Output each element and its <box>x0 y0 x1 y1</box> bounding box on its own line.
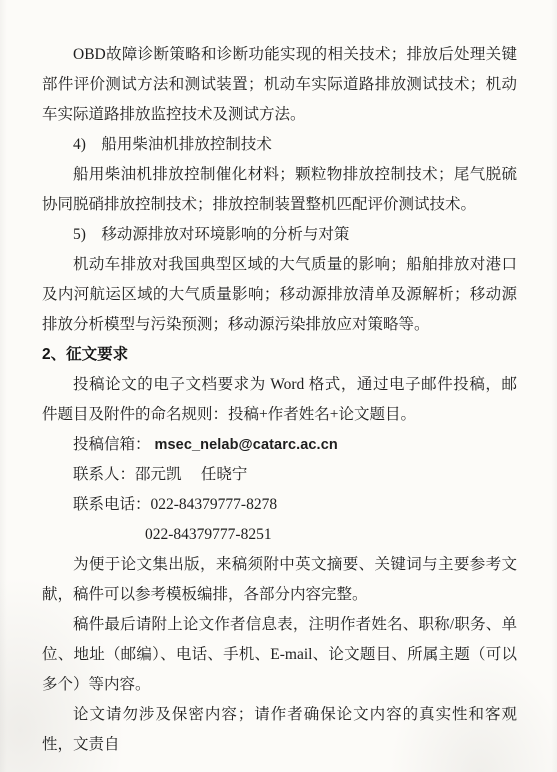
phone-label: 联系电话： <box>73 496 151 513</box>
line-submission-email: 投稿信箱：msec_nelab@catarc.ac.cn <box>42 430 517 460</box>
heading-submission-requirements: 2、征文要求 <box>42 340 517 370</box>
email-label: 投稿信箱： <box>73 436 151 453</box>
line-contact-phone: 联系电话：022-84379777-8278 <box>42 490 517 520</box>
paragraph-publication-note: 为便于论文集出版，来稿须附中英文摘要、关键词与主要参考文献，稿件可以参考模板编排… <box>42 550 517 610</box>
document-body: OBD故障诊断策略和诊断功能实现的相关技术；排放后处理关键部件评价测试方法和测试… <box>0 0 557 760</box>
list-item-5-title: 5) 移动源排放对环境影响的分析与对策 <box>42 220 517 250</box>
phone-number-2: 022-84379777-8251 <box>145 526 272 543</box>
paragraph-author-info: 稿件最后请附上论文作者信息表，注明作者姓名、职称/职务、单位、地址（邮编）、电话… <box>42 610 517 700</box>
list-item-4-title: 4) 船用柴油机排放控制技术 <box>42 130 517 160</box>
paragraph-obd-tech: OBD故障诊断策略和诊断功能实现的相关技术；排放后处理关键部件评价测试方法和测试… <box>42 40 517 130</box>
scanned-page: OBD故障诊断策略和诊断功能实现的相关技术；排放后处理关键部件评价测试方法和测试… <box>0 0 557 772</box>
line-contact-phone-2: 022-84379777-8251 <box>42 520 517 550</box>
paragraph-marine-engine: 船用柴油机排放控制催化材料；颗粒物排放控制技术；尾气脱硫协同脱硝排放控制技术；排… <box>42 160 517 220</box>
paragraph-confidentiality: 论文请勿涉及保密内容；请作者确保论文内容的真实性和客观性，文责自 <box>42 700 517 760</box>
contact-names: 邵元凯 任晓宁 <box>135 466 247 483</box>
paragraph-format-requirement: 投稿论文的电子文档要求为 Word 格式，通过电子邮件投稿，邮件题目及附件的命名… <box>42 370 517 430</box>
line-contact-person: 联系人：邵元凯 任晓宁 <box>42 460 517 490</box>
contact-label: 联系人： <box>73 466 135 483</box>
paragraph-environment-impact: 机动车排放对我国典型区域的大气质量的影响；船舶排放对港口及内河航运区域的大气质量… <box>42 250 517 340</box>
phone-number-1: 022-84379777-8278 <box>151 496 278 513</box>
email-address: msec_nelab@catarc.ac.cn <box>155 437 338 453</box>
